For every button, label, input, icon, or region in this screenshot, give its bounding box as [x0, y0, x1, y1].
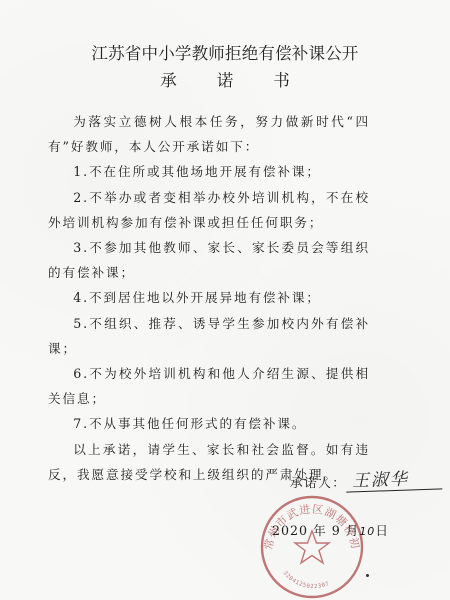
date-year-unit: 年 — [313, 523, 327, 538]
signer-label: 承诺人： — [290, 472, 346, 491]
pledge-item-4: 4.不到居住地以外开展异地有偿补课； — [48, 285, 370, 310]
subtitle-char: 诺 — [217, 67, 234, 91]
document-subtitle: 承诺书 — [0, 67, 450, 91]
date-month: 9 — [332, 523, 341, 538]
date-year: 2020 — [272, 523, 308, 538]
intro-paragraph: 为落实立德树人根本任务，努力做新时代“四有”好教师，本人公开承诺如下： — [48, 109, 370, 159]
pledge-item-2: 2.不举办或者变相举办校外培训机构，不在校外培训机构参加有偿补课或担任任何职务； — [48, 185, 370, 235]
document-title: 江苏省中小学教师拒绝有偿补课公开 — [0, 40, 450, 64]
seal-number: 3204125022307 — [282, 570, 331, 590]
official-seal-stamp: 常州市武进区湖塘桥初级中学 3204125022307 — [258, 493, 366, 599]
date-day-unit: 日 — [375, 523, 389, 538]
document-body: 为落实立德树人根本任务，努力做新时代“四有”好教师，本人公开承诺如下： 1.不在… — [48, 109, 370, 487]
scan-speck — [366, 574, 369, 577]
pledge-item-6: 6.不为校外培训机构和他人介绍生源、提供相关信息； — [48, 361, 370, 411]
date-month-unit: 月 — [346, 523, 360, 538]
signer-row: 承诺人： 王淑华 — [290, 470, 442, 491]
pledge-item-7: 7.不从事其他任何形式的有偿补课。 — [48, 411, 370, 436]
pledge-item-1: 1.不在住所或其他场地开展有偿补课； — [48, 159, 370, 184]
date-day: 10 — [359, 525, 375, 538]
handwritten-signature: 王淑华 — [346, 468, 443, 492]
pledge-item-5: 5.不组织、推荐、诱导学生参加校内外有偿补课； — [48, 311, 370, 361]
subtitle-char: 承 — [160, 67, 177, 91]
subtitle-char: 书 — [273, 67, 290, 91]
pledge-item-3: 3.不参加其他教师、家长、家长委员会等组织的有偿补课； — [48, 235, 370, 285]
document-page: 江苏省中小学教师拒绝有偿补课公开 承诺书 为落实立德树人根本任务，努力做新时代“… — [0, 0, 450, 600]
signing-date: 2020 年 9 月10日 — [272, 520, 389, 539]
